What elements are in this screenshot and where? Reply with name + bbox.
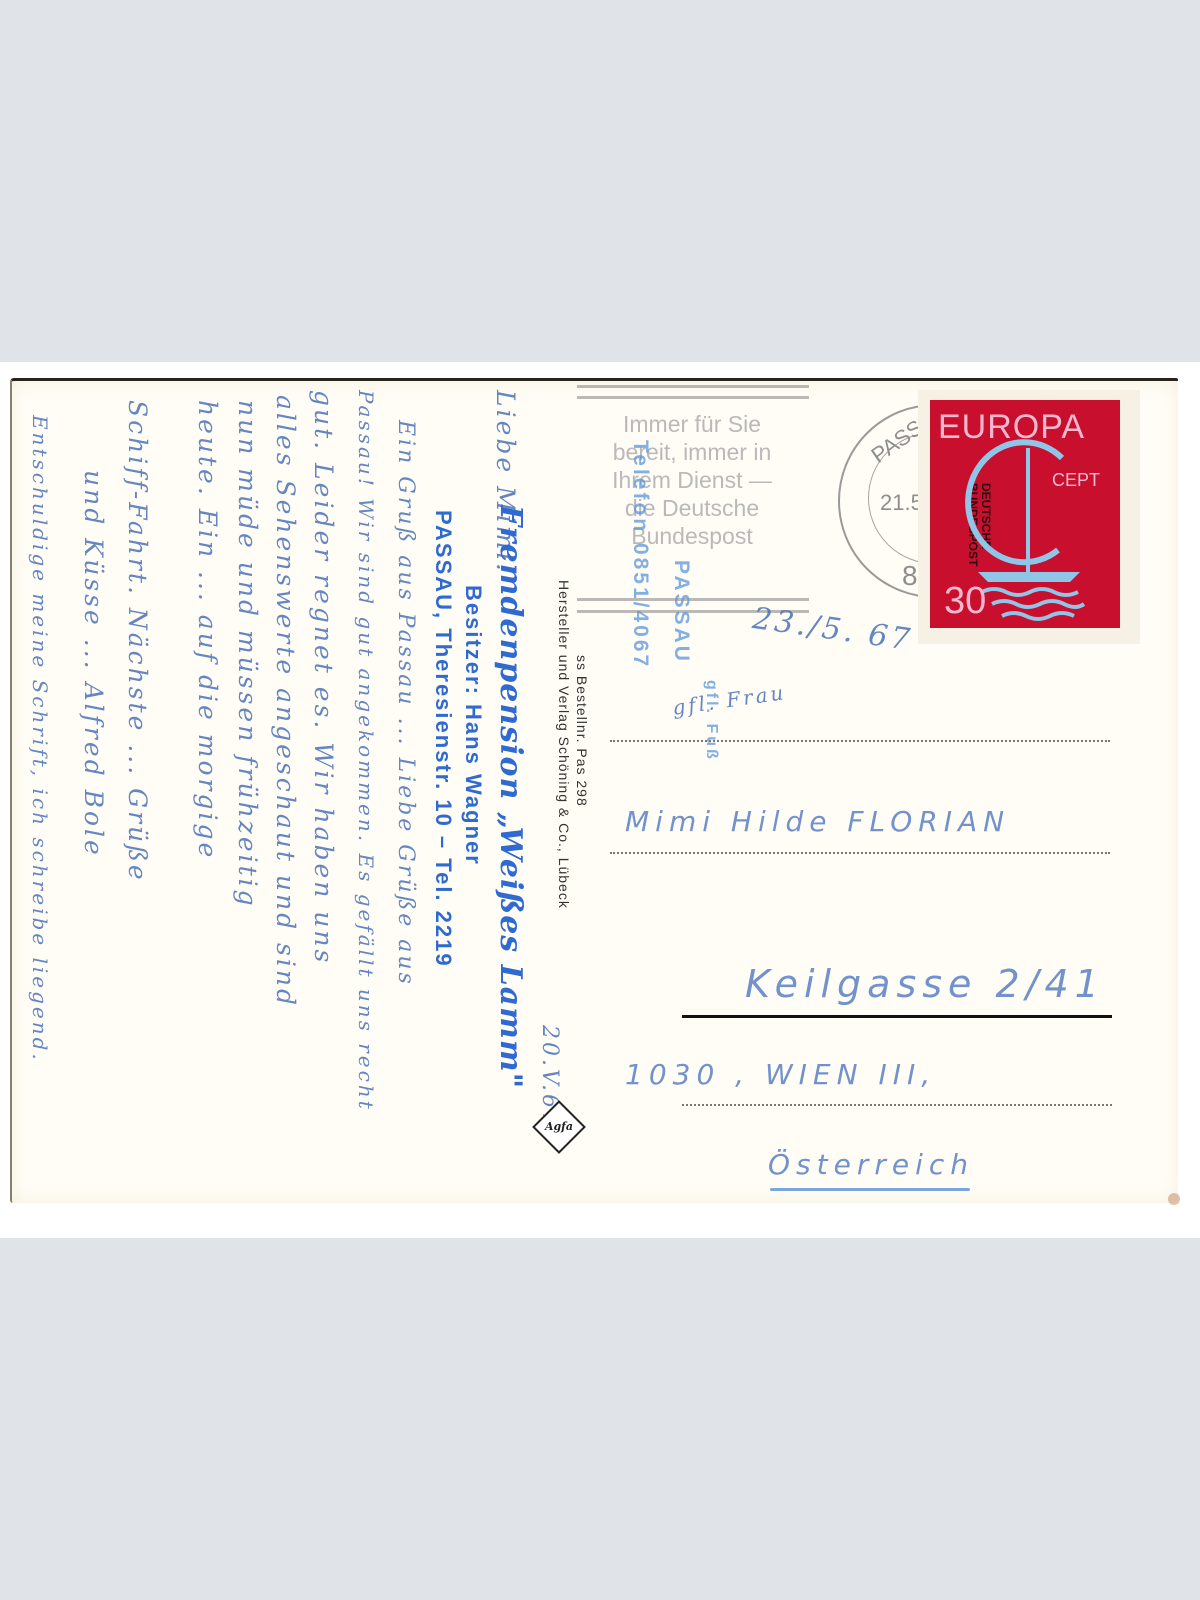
message-line: Schiff-Fahrt. Nächste ... Grüße [123, 400, 152, 883]
message-line: heute. Ein ... auf die morgige [193, 400, 222, 860]
address-line-1 [610, 740, 1110, 742]
stamp-face: EUROPA CEPT DEUTSCHE BUNDESPOST 30 [930, 400, 1120, 628]
message-line: und Küsse ... Alfred Bole [79, 470, 108, 858]
publisher-line-2: ss Bestellnr. Pas 298 [574, 655, 590, 807]
address-line-3 [682, 1015, 1112, 1018]
publisher-line-1: Hersteller und Verlag Schöning & Co., Lü… [556, 580, 572, 909]
hotel-stamp-name: Fremdenpension „Weißes Lamm" [493, 505, 528, 1089]
message-line: Passau! Wir sind gut angekommen. Es gefä… [354, 390, 378, 1112]
address-country: Österreich [768, 1148, 974, 1181]
message-line: nun müde und müssen frühzeitig [233, 400, 262, 909]
machine-cancel-slogan: Immer für Sie bereit, immer in Ihrem Die… [577, 410, 807, 550]
address-line-4 [682, 1104, 1112, 1106]
address-line-2 [610, 852, 1110, 854]
message-line: Entschuldige meine Schrift, ich schreibe… [28, 415, 52, 1063]
hotel-stamp-address: PASSAU, Theresienstr. 10 – Tel. 2219 [430, 510, 456, 968]
cancel-bar [577, 385, 809, 388]
cancel-bar [577, 598, 809, 601]
message-line: alles Sehenswerte angeschaut und sind [271, 395, 300, 1008]
blue-cancel-phone: Telefon 0851/4067 [628, 440, 652, 669]
postage-stamp: EUROPA CEPT DEUTSCHE BUNDESPOST 30 [918, 390, 1140, 644]
address-city: 1030 , WIEN III, [625, 1058, 936, 1091]
country-underline [770, 1188, 970, 1191]
message-line: Ein Gruß aus Passau ... Liebe Grüße aus [393, 420, 418, 987]
blue-cancel-city: PASSAU [669, 560, 693, 664]
address-name: Mimi Hilde FLORIAN [625, 805, 1010, 838]
cancel-bar [577, 396, 809, 399]
stamp-value: 30 [944, 580, 986, 623]
hotel-stamp-owner: Besitzer: Hans Wagner [460, 585, 486, 866]
address-street: Keilgasse 2/41 [745, 962, 1105, 1006]
message-line: gut. Leider regnet es. Wir haben uns [309, 390, 338, 965]
